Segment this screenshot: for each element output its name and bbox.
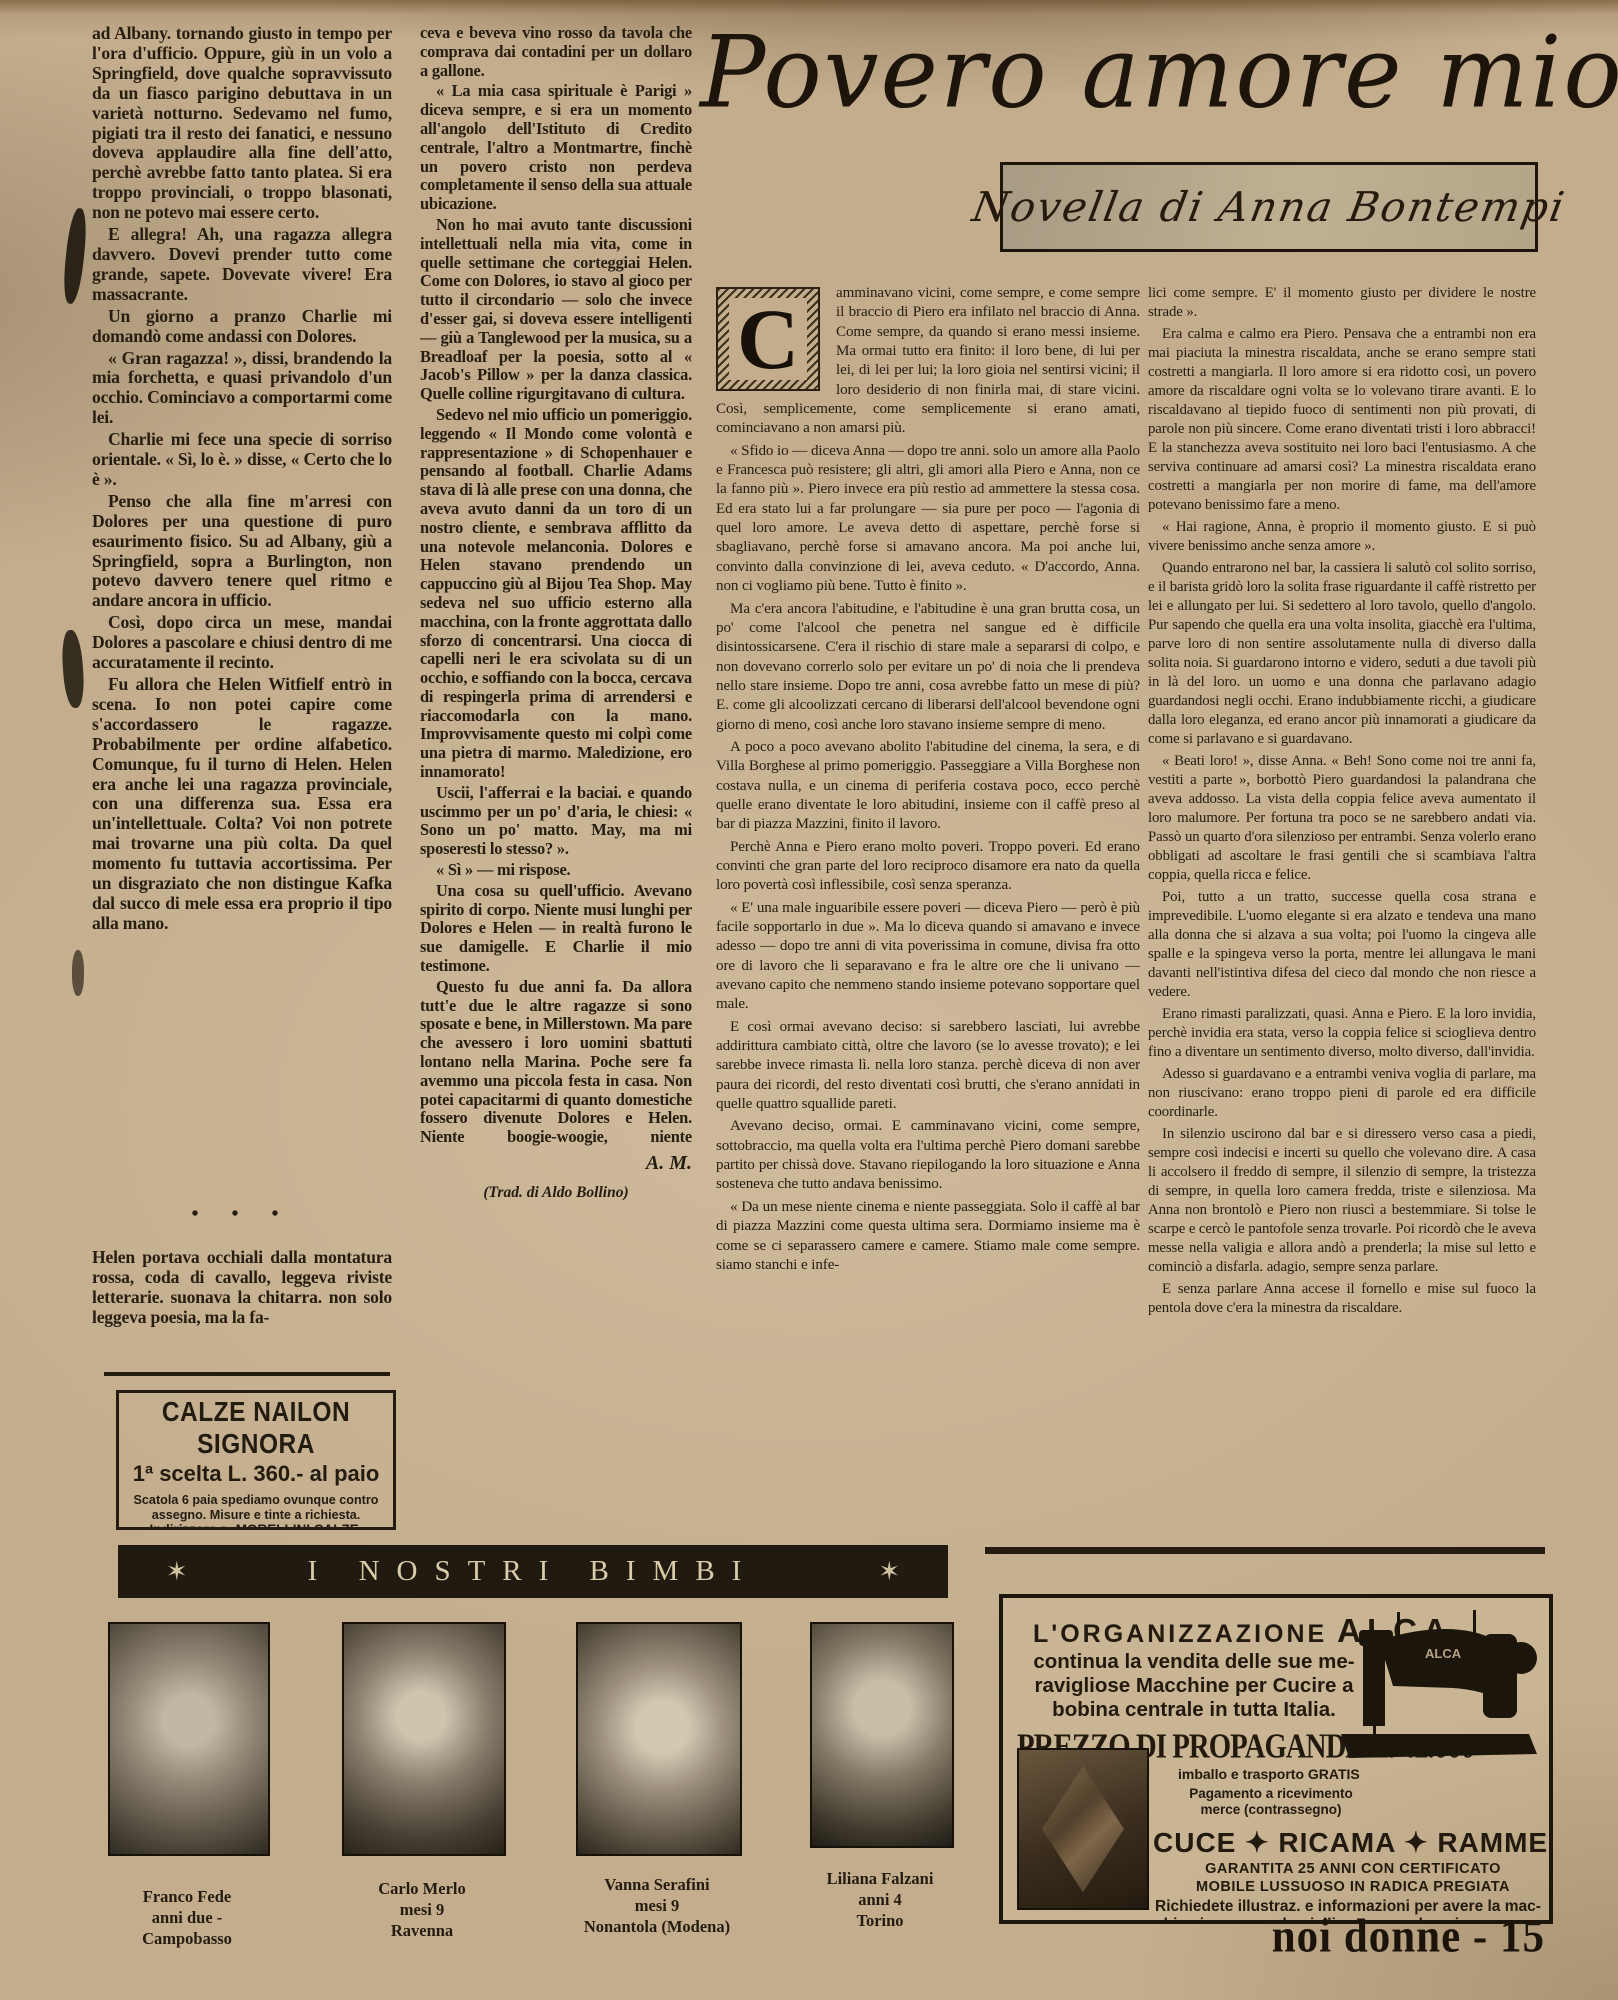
paragraph: Era calma e calmo era Piero. Pensava che… <box>1148 325 1536 515</box>
paragraph: Perchè Anna e Piero erano molto poveri. … <box>716 838 1140 896</box>
child-photo <box>108 1622 270 1856</box>
paragraph: Fu allora che Helen Witfielf entrò in sc… <box>92 675 392 934</box>
child-city: Campobasso <box>77 1928 297 1949</box>
paragraph: « Beati loro! », disse Anna. « Beh! Sono… <box>1148 752 1536 885</box>
alca-guarantee-2: MOBILE LUSSUOSO IN RADICA PREGIATA <box>1163 1878 1543 1896</box>
article-column-1-continued: Helen portava occhiali dalla montatura r… <box>92 1248 392 1366</box>
child-city: Nonantola (Modena) <box>547 1916 767 1937</box>
paragraph: Poi, tutto a un tratto, successe quella … <box>1148 888 1536 1002</box>
paragraph: Non ho mai avuto tante discussioni intel… <box>420 216 692 404</box>
paragraph: E allegra! Ah, una ragazza allegra davve… <box>92 225 392 305</box>
alca-org-prefix: L'ORGANIZZAZIONE <box>1033 1620 1327 1648</box>
calze-nailon-ad: CALZE NAILON SIGNORA 1ª scelta L. 360.- … <box>116 1390 396 1530</box>
alca-ad-intro: continua la vendita delle sue me- ravigl… <box>1019 1650 1369 1722</box>
photo-caption: Franco Fede anni due - Campobasso <box>77 1886 297 1949</box>
paragraph: « Da un mese niente cinema e niente pass… <box>716 1198 1140 1275</box>
child-name: Franco Fede <box>77 1886 297 1907</box>
drop-cap: C <box>716 287 820 391</box>
binding-mark <box>61 207 89 304</box>
author-initials: A. M. <box>420 1152 718 1175</box>
child-age: mesi 9 <box>312 1899 532 1920</box>
cabinet-veneer <box>1042 1766 1124 1892</box>
paragraph: « Hai ragione, Anna, è proprio il moment… <box>1148 518 1536 556</box>
paragraph: A poco a poco avevano abolito l'abitudin… <box>716 738 1140 835</box>
paragraph: Adesso si guardavano e a entrambi veniva… <box>1148 1065 1536 1122</box>
paragraph: « La mia casa spirituale è Parigi » dice… <box>420 82 692 214</box>
paragraph: Quando entrarono nel bar, la cassiera li… <box>1148 559 1536 749</box>
child-name: Carlo Merlo <box>312 1878 532 1899</box>
paragraph: Uscii, l'afferrai e la baciai. e quando … <box>420 784 692 859</box>
story-column-1: C amminavano vicini, come sempre, e come… <box>716 284 1140 1530</box>
child-age: mesi 9 <box>547 1895 767 1916</box>
photo-caption: Carlo Merlo mesi 9 Ravenna <box>312 1878 532 1941</box>
photo-caption: Vanna Serafini mesi 9 Nonantola (Modena) <box>547 1874 767 1937</box>
paragraph: In silenzio uscirono dal bar e si diress… <box>1148 1125 1536 1277</box>
article-column-1: ad Albany. tornando giusto in tempo per … <box>92 24 392 1199</box>
alca-intro-line: continua la vendita delle sue me- <box>1019 1650 1369 1674</box>
section-separator: • • • <box>92 1203 392 1226</box>
divider-rule <box>985 1547 1545 1554</box>
paragraph: lici come sempre. E' il momento giusto p… <box>1148 284 1536 322</box>
story-column-2: lici come sempre. E' il momento giusto p… <box>1148 284 1536 1542</box>
binding-mark <box>60 629 85 708</box>
paragraph: Così, dopo circa un mese, mandai Dolores… <box>92 613 392 673</box>
child-city: Torino <box>770 1910 990 1931</box>
sewing-machine-illustration: ALCA <box>1333 1606 1538 1771</box>
alca-ad: L'ORGANIZZAZIONE ALCA continua la vendit… <box>999 1594 1553 1924</box>
paragraph: Avevano deciso, ormai. E camminavano vic… <box>716 1117 1140 1194</box>
calze-ad-price: 1ª scelta L. 360.- al paio <box>119 1461 393 1487</box>
byline-box: Novella di Anna Bontempi <box>1000 162 1538 252</box>
story-title: Povero amore mio <box>700 15 1540 130</box>
drop-cap-letter: C <box>729 298 807 380</box>
alca-intro-line: bobina centrale in tutta Italia. <box>1019 1698 1369 1722</box>
alca-features: CUCE ✦ RICAMA ✦ RAMMENDA <box>1153 1826 1545 1859</box>
paragraph: Una cosa su quell'ufficio. Avevano spiri… <box>420 882 692 976</box>
star-icon: ✶ <box>166 1557 188 1587</box>
machine-brand-label: ALCA <box>1425 1646 1462 1661</box>
paragraph: Penso che alla fine m'arresi con Dolores… <box>92 492 392 611</box>
alca-guarantee: GARANTITA 25 ANNI CON CERTIFICATO MOBILE… <box>1163 1860 1543 1896</box>
paragraph: « E' una male inguaribile essere poveri … <box>716 899 1140 1015</box>
paragraph: Helen portava occhiali dalla montatura r… <box>92 1248 392 1328</box>
paragraph: Erano rimasti paralizzati, quasi. Anna e… <box>1148 1005 1536 1062</box>
child-name: Liliana Falzani <box>770 1868 990 1889</box>
alca-guarantee-1: GARANTITA 25 ANNI CON CERTIFICATO <box>1163 1860 1543 1878</box>
translator-credit: (Trad. di Aldo Bollino) <box>420 1184 692 1202</box>
child-age: anni due - <box>77 1907 297 1928</box>
paragraph: Charlie mi fece una specie di sorriso or… <box>92 430 392 490</box>
alca-intro-line: ravigliose Macchine per Cucire a <box>1019 1674 1369 1698</box>
cabinet-illustration <box>1017 1748 1149 1910</box>
paragraph: E senza parlare Anna accese il fornello … <box>1148 1280 1536 1318</box>
paragraph: E così ormai avevano deciso: si sarebber… <box>716 1018 1140 1115</box>
calze-ad-contact: Indirizzare a: MORELLINI CALZE, <box>119 1522 393 1530</box>
child-photo <box>342 1622 506 1856</box>
story-byline: Novella di Anna Bontempi <box>969 183 1570 231</box>
paragraph: « Sì » — mi rispose. <box>420 861 692 880</box>
binding-mark <box>72 950 84 996</box>
paragraph: Ma c'era ancora l'abitudine, e l'abitudi… <box>716 600 1140 735</box>
paragraph: Questo fu due anni fa. Da allora tutt'e … <box>420 978 692 1146</box>
child-photo <box>810 1622 954 1848</box>
paragraph: ad Albany. tornando giusto in tempo per … <box>92 24 392 223</box>
bimbi-banner-title: I NOSTRI BIMBI <box>308 1555 759 1588</box>
page-footer: noi donne - 15 <box>1135 1910 1545 1964</box>
magazine-page: ad Albany. tornando giusto in tempo per … <box>0 0 1618 2000</box>
star-icon: ✶ <box>878 1557 900 1587</box>
photo-caption: Liliana Falzani anni 4 Torino <box>770 1868 990 1931</box>
paragraph: ceva e beveva vino rosso da tavola che c… <box>420 24 692 80</box>
alca-payment-line: Pagamento a ricevimento merce (contrasse… <box>1181 1786 1361 1817</box>
calze-ad-title: CALZE NAILON SIGNORA <box>119 1397 393 1461</box>
child-age: anni 4 <box>770 1889 990 1910</box>
article-column-2: ceva e beveva vino rosso da tavola che c… <box>420 24 692 1146</box>
paragraph: Un giorno a pranzo Charlie mi domandò co… <box>92 307 392 347</box>
divider-rule <box>104 1372 390 1376</box>
alca-payment-1: Pagamento a ricevimento <box>1181 1786 1361 1802</box>
alca-payment-2: merce (contrassegno) <box>1181 1802 1361 1818</box>
paragraph: « Gran ragazza! », dissi, brandendo la m… <box>92 349 392 429</box>
paragraph: « Sfido io — diceva Anna — dopo tre anni… <box>716 442 1140 597</box>
bimbi-banner: ✶ I NOSTRI BIMBI ✶ <box>118 1545 948 1598</box>
paragraph: Sedevo nel mio ufficio un pomeriggio. le… <box>420 406 692 782</box>
child-photo <box>576 1622 742 1856</box>
child-city: Ravenna <box>312 1920 532 1941</box>
calze-ad-details: Scatola 6 paia spediamo ovunque contro a… <box>119 1493 393 1522</box>
child-name: Vanna Serafini <box>547 1874 767 1895</box>
